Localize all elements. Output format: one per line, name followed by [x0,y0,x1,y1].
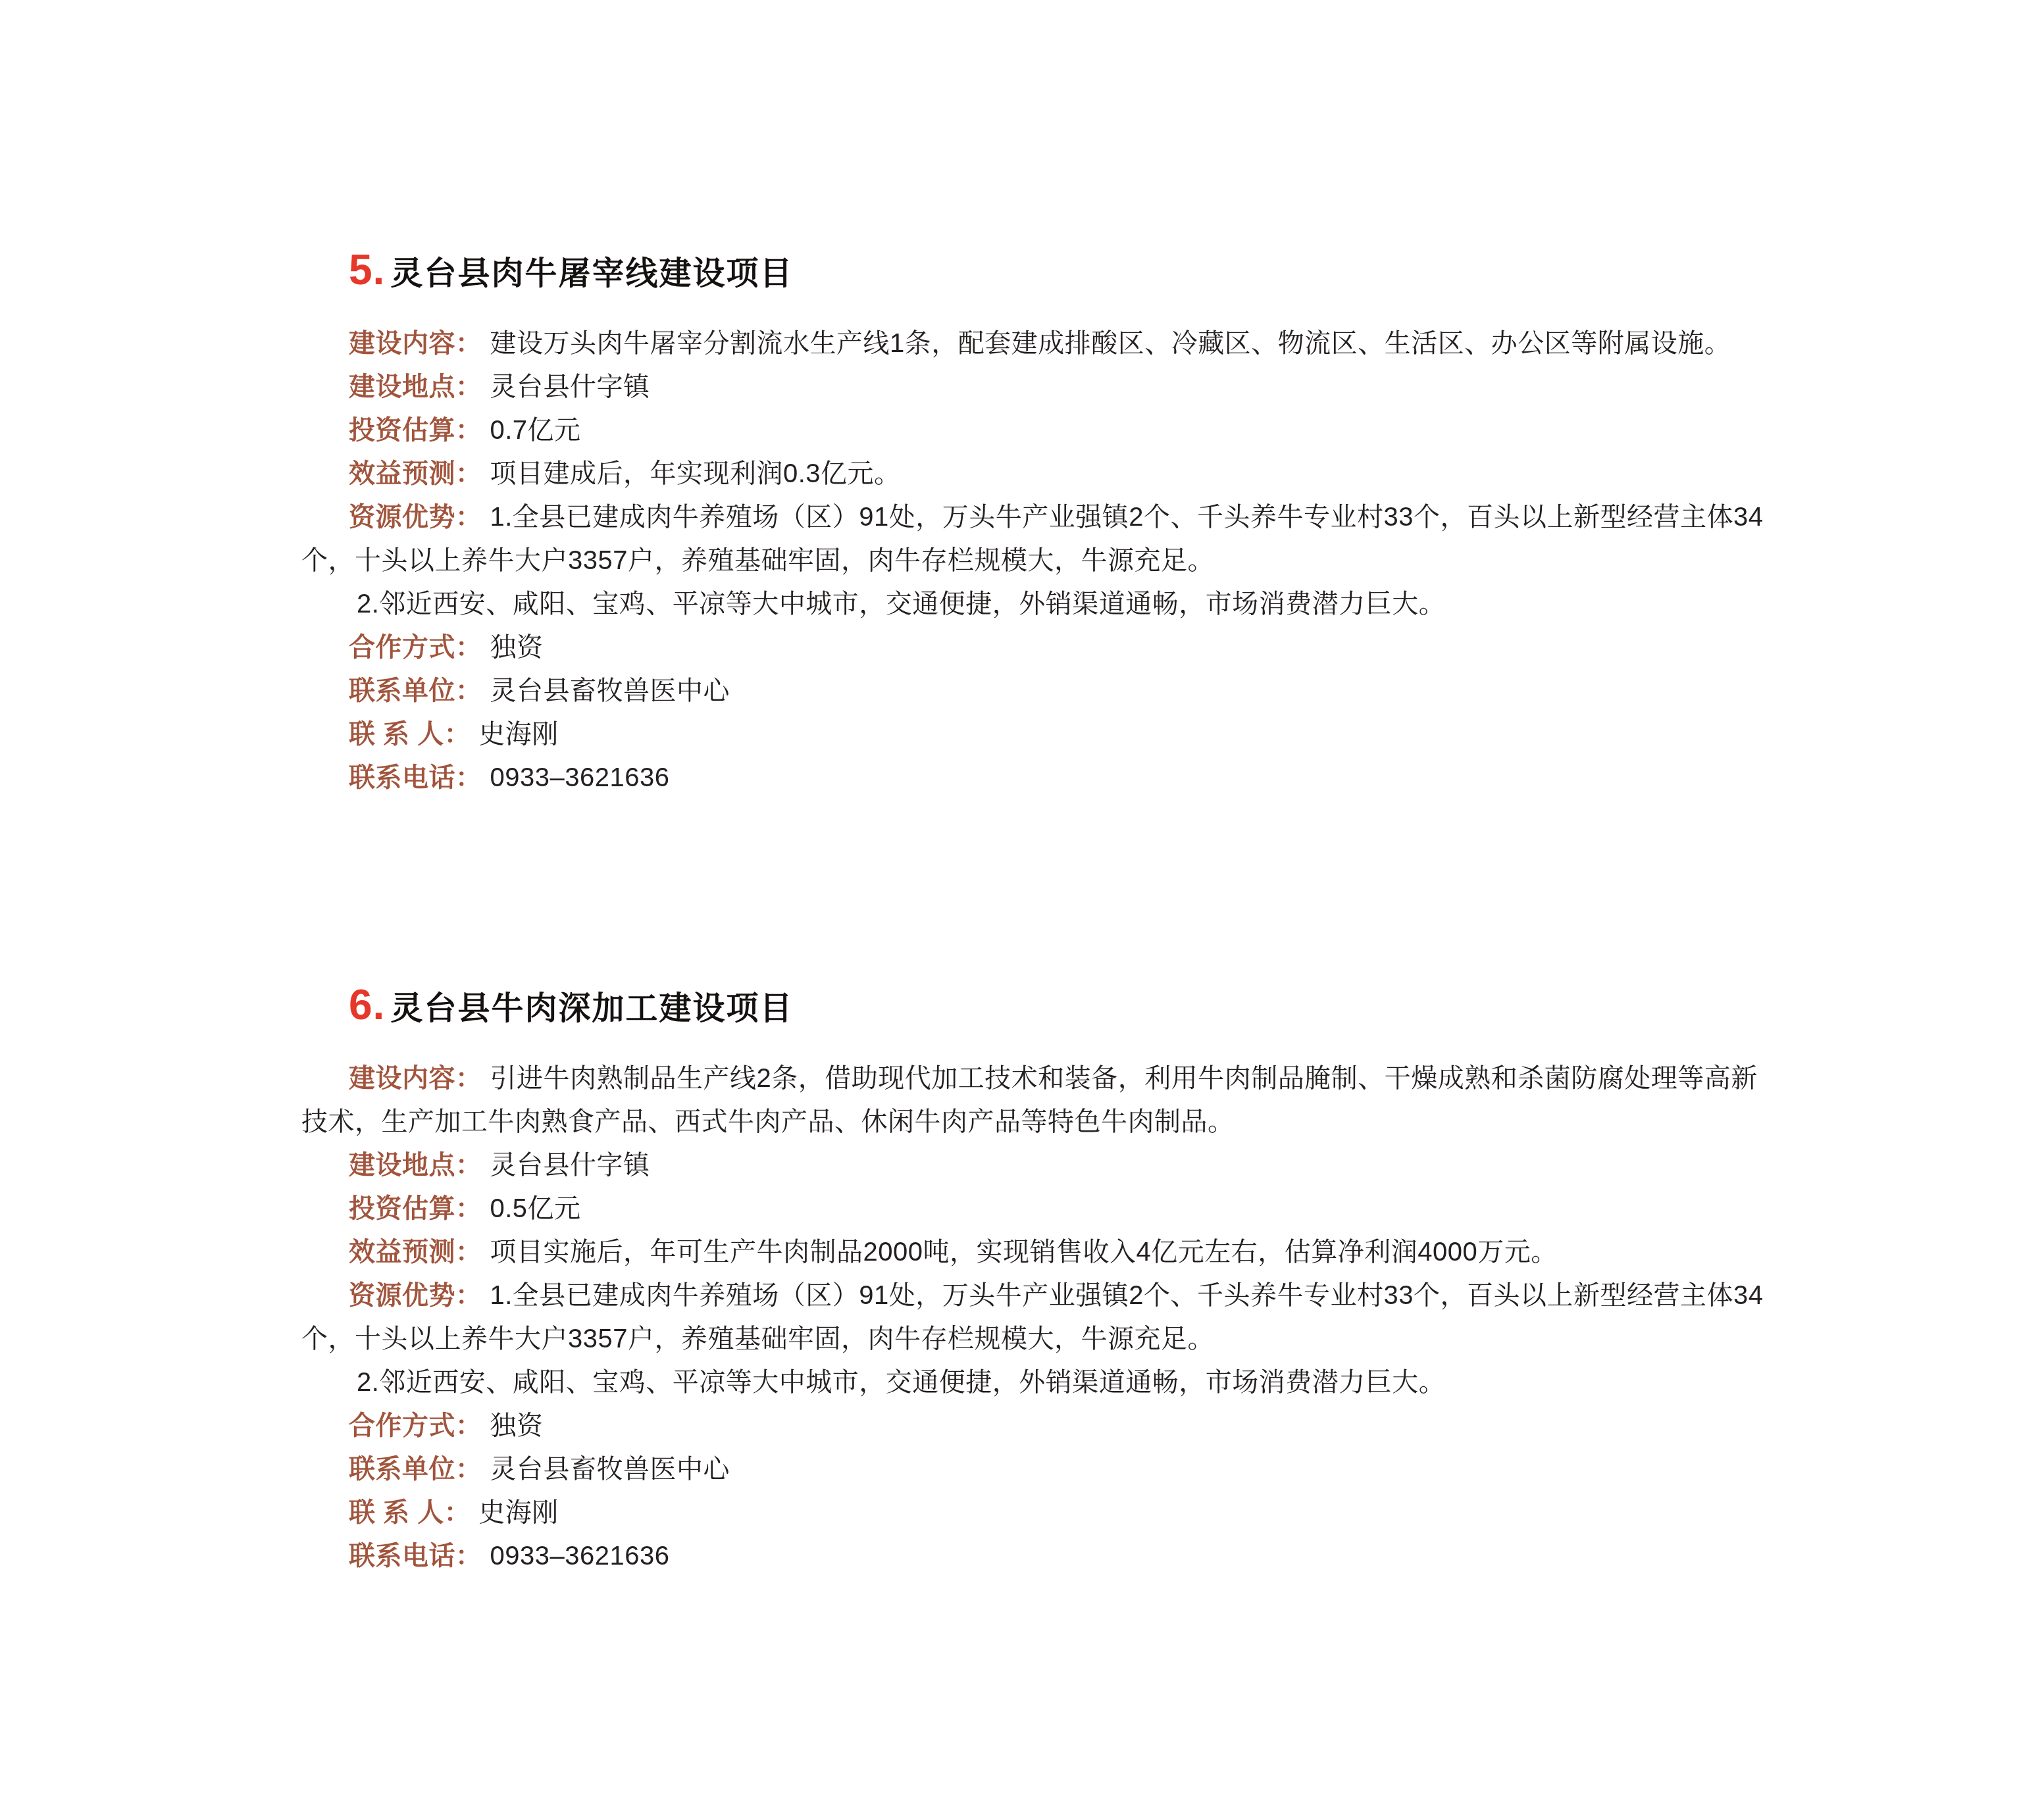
field-row-construction-content: 建设内容：建设万头肉牛屠宰分割流水生产线1条，配套建成排酸区、冷藏区、物流区、生… [301,322,1776,365]
field-value: 项目建成后，年实现利润0.3亿元。 [490,459,901,488]
field-label: 联 系 人： [349,720,471,749]
field-row-cooperation-method: 合作方式：独资 [301,626,1776,669]
field-row-contact-person: 联 系 人：史海刚 [301,1491,1776,1534]
document-page: 5.灵台县肉牛屠宰线建设项目 建设内容：建设万头肉牛屠宰分割流水生产线1条，配套… [0,0,2044,1812]
field-label: 建设地点： [349,372,482,401]
section-title-row: 5.灵台县肉牛屠宰线建设项目 [349,243,1776,306]
field-value: 灵台县畜牧兽医中心 [490,676,730,705]
field-label: 联系单位： [349,676,482,705]
field-value: 0933–3621636 [490,1542,670,1571]
field-value: 独资 [490,1411,544,1440]
field-row-contact-phone: 联系电话：0933–3621636 [301,756,1776,799]
field-row-benefit-forecast: 效益预测：项目实施后，年可生产牛肉制品2000吨，实现销售收入4亿元左右，估算净… [301,1230,1776,1274]
field-label: 合作方式： [349,633,482,662]
field-label: 建设地点： [349,1151,482,1180]
field-value: 2.邻近西安、咸阳、宝鸡、平凉等大中城市，交通便捷，外销渠道通畅，市场消费潜力巨… [357,590,1445,618]
field-row-investment-estimate: 投资估算：0.7亿元 [301,409,1776,452]
field-row-resource-advantage-2: 2.邻近西安、咸阳、宝鸡、平凉等大中城市，交通便捷，外销渠道通畅，市场消费潜力巨… [301,582,1776,626]
field-label: 建设内容： [349,329,482,358]
field-label: 合作方式： [349,1411,482,1440]
section-title-row: 6.灵台县牛肉深加工建设项目 [349,978,1776,1041]
field-value: 1.全县已建成肉牛养殖场（区）91处，万头牛产业强镇2个、千头养牛专业村33个，… [301,1281,1764,1353]
field-label: 效益预测： [349,459,482,488]
field-label: 联系单位： [349,1455,482,1484]
page-content: 5.灵台县肉牛屠宰线建设项目 建设内容：建设万头肉牛屠宰分割流水生产线1条，配套… [301,243,1776,1578]
field-row-resource-advantage-1: 资源优势：1.全县已建成肉牛养殖场（区）91处，万头牛产业强镇2个、千头养牛专业… [301,495,1776,582]
field-row-resource-advantage-1: 资源优势：1.全县已建成肉牛养殖场（区）91处，万头牛产业强镇2个、千头养牛专业… [301,1274,1776,1361]
project-section-5: 5.灵台县肉牛屠宰线建设项目 建设内容：建设万头肉牛屠宰分割流水生产线1条，配套… [301,243,1776,799]
field-row-cooperation-method: 合作方式：独资 [301,1404,1776,1447]
field-label: 投资估算： [349,416,482,445]
field-row-construction-location: 建设地点：灵台县什字镇 [301,1144,1776,1187]
field-label: 投资估算： [349,1194,482,1223]
section-number: 6. [349,981,385,1028]
field-row-construction-content: 建设内容：引进牛肉熟制品生产线2条，借助现代加工技术和装备，利用牛肉制品腌制、干… [301,1057,1776,1144]
field-value: 0933–3621636 [490,763,670,792]
field-label: 效益预测： [349,1238,482,1267]
field-value: 建设万头肉牛屠宰分割流水生产线1条，配套建成排酸区、冷藏区、物流区、生活区、办公… [490,329,1731,358]
field-value: 史海刚 [478,720,559,749]
field-value: 0.7亿元 [490,416,581,445]
field-value: 灵台县畜牧兽医中心 [490,1455,730,1484]
field-value: 0.5亿元 [490,1194,581,1223]
field-label: 联 系 人： [349,1498,471,1527]
section-title: 灵台县牛肉深加工建设项目 [390,991,793,1026]
field-row-construction-location: 建设地点：灵台县什字镇 [301,365,1776,409]
section-number: 5. [349,246,385,293]
project-section-6: 6.灵台县牛肉深加工建设项目 建设内容：引进牛肉熟制品生产线2条，借助现代加工技… [301,978,1776,1578]
field-value: 2.邻近西安、咸阳、宝鸡、平凉等大中城市，交通便捷，外销渠道通畅，市场消费潜力巨… [357,1368,1445,1397]
field-row-contact-unit: 联系单位：灵台县畜牧兽医中心 [301,669,1776,713]
field-row-contact-unit: 联系单位：灵台县畜牧兽医中心 [301,1447,1776,1491]
field-value: 史海刚 [478,1498,559,1527]
field-label: 联系电话： [349,763,482,792]
section-title: 灵台县肉牛屠宰线建设项目 [390,256,793,291]
field-label: 资源优势： [349,503,482,532]
field-value: 灵台县什字镇 [490,372,650,401]
field-value: 项目实施后，年可生产牛肉制品2000吨，实现销售收入4亿元左右，估算净利润400… [490,1238,1558,1267]
field-label: 资源优势： [349,1281,482,1310]
field-value: 独资 [490,633,544,662]
field-label: 联系电话： [349,1542,482,1571]
field-value: 灵台县什字镇 [490,1151,650,1180]
field-row-contact-person: 联 系 人：史海刚 [301,713,1776,756]
field-row-benefit-forecast: 效益预测：项目建成后，年实现利润0.3亿元。 [301,452,1776,495]
field-row-resource-advantage-2: 2.邻近西安、咸阳、宝鸡、平凉等大中城市，交通便捷，外销渠道通畅，市场消费潜力巨… [301,1361,1776,1404]
field-label: 建设内容： [349,1064,482,1093]
field-value: 1.全县已建成肉牛养殖场（区）91处，万头牛产业强镇2个、千头养牛专业村33个，… [301,503,1764,575]
field-row-investment-estimate: 投资估算：0.5亿元 [301,1187,1776,1230]
field-row-contact-phone: 联系电话：0933–3621636 [301,1534,1776,1578]
field-value: 引进牛肉熟制品生产线2条，借助现代加工技术和装备，利用牛肉制品腌制、干燥成熟和杀… [301,1064,1758,1136]
